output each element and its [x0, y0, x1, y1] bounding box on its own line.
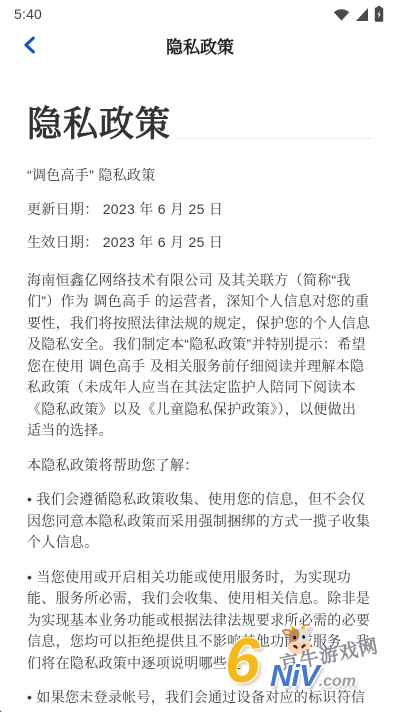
battery-charging-icon [374, 6, 384, 22]
wifi-icon [333, 7, 350, 22]
intro-paragraph: 海南恒鑫亿网络技术有限公司 及其关联方（简称“我 们”）作为 调色高手 的运营者… [27, 270, 373, 442]
bullet-item: • 如果您未登录帐号，我们会通过设备对应的标识符信 [27, 687, 373, 709]
document-title: 隐私政策 [27, 106, 171, 144]
app-bar: 隐私政策 [0, 24, 400, 66]
status-time: 5:40 [14, 6, 42, 22]
app-screen: 5:40 隐私政策 隐私政策 “调色高 [0, 0, 400, 709]
cellular-signal-icon [355, 7, 369, 22]
effective-date: 生效日期： 2023 年 6 月 25 日 [27, 232, 373, 254]
status-bar: 5:40 [0, 0, 400, 24]
bullet-item: • 当您使用或开启相关功能或使用服务时，为实现功 能、服务所必需，我们会收集、使… [27, 567, 373, 675]
title-divider [177, 138, 373, 139]
bullet-item: • 我们会遵循隐私政策收集、使用您的信息，但不会仅 因您同意本隐私政策而采用强制… [27, 489, 373, 554]
policy-document: 隐私政策 “调色高手” 隐私政策 更新日期： 2023 年 6 月 25 日 生… [0, 66, 400, 709]
page-title: 隐私政策 [0, 33, 400, 58]
update-date: 更新日期： 2023 年 6 月 25 日 [27, 199, 373, 221]
status-icons [333, 6, 384, 22]
document-title-row: 隐私政策 [27, 106, 373, 144]
help-intro: 本隐私政策将帮助您了解： [27, 455, 373, 477]
document-subtitle: “调色高手” 隐私政策 [27, 165, 373, 187]
screen-corner-artifact [0, 699, 13, 712]
